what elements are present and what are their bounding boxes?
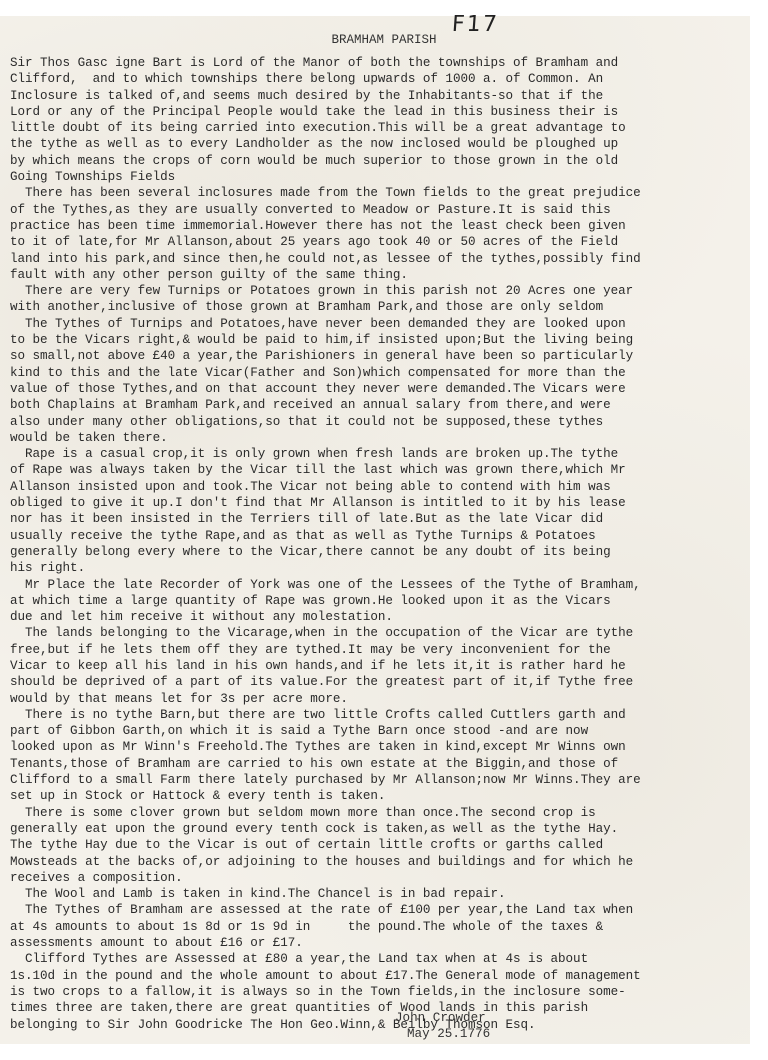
text-line: There are very few Turnips or Potatoes g… — [10, 283, 768, 299]
text-line: at 4s amounts to about 1s 8d or 1s 9d in… — [10, 919, 768, 935]
text-line: free,but if he lets them off they are ty… — [10, 642, 768, 658]
text-line: the tythe as well as to every Landholder… — [10, 136, 768, 152]
text-line: Mr Place the late Recorder of York was o… — [10, 577, 768, 593]
signature-date: May 25.1776 — [395, 1026, 490, 1042]
text-line: part of Gibbon Garth,on which it is said… — [10, 723, 768, 739]
text-line: There is some clover grown but seldom mo… — [10, 805, 768, 821]
text-line: is two crops to a fallow,it is always so… — [10, 984, 768, 1000]
text-line: kind to this and the late Vicar(Father a… — [10, 365, 768, 381]
text-line: assessments amount to about £16 or £17. — [10, 935, 768, 951]
text-line: nor has it been insisted in the Terriers… — [10, 511, 768, 527]
text-line: would be taken there. — [10, 430, 768, 446]
text-line: Vicar to keep all his land in his own ha… — [10, 658, 768, 674]
text-line: Rape is a casual crop,it is only grown w… — [10, 446, 768, 462]
text-line: Mowsteads at the backs of,or adjoining t… — [10, 854, 768, 870]
text-line: of the Tythes,as they are usually conver… — [10, 202, 768, 218]
text-line: also under many other obligations,so tha… — [10, 414, 768, 430]
text-line: with another,inclusive of those grown at… — [10, 299, 768, 315]
text-line: land into his park,and since then,he cou… — [10, 251, 768, 267]
text-line: The lands belonging to the Vicarage,when… — [10, 625, 768, 641]
text-line: so small,not above £40 a year,the Parish… — [10, 348, 768, 364]
text-line: little doubt of its being carried into e… — [10, 120, 768, 136]
text-line: looked upon as Mr Winn's Freehold.The Ty… — [10, 739, 768, 755]
text-line: of Rape was always taken by the Vicar ti… — [10, 462, 768, 478]
text-line: 1s.10d in the pound and the whole amount… — [10, 968, 768, 984]
text-line: generally eat upon the ground every tent… — [10, 821, 768, 837]
text-line: Clifford, and to which townships there b… — [10, 71, 768, 87]
text-line: Sir Thos Gasc igne Bart is Lord of the M… — [10, 55, 768, 71]
document-title: BRAMHAM PARISH — [0, 33, 768, 47]
text-line: Going Townships Fields — [10, 169, 768, 185]
text-line: at which time a large quantity of Rape w… — [10, 593, 768, 609]
text-line: The tythe Hay due to the Vicar is out of… — [10, 837, 768, 853]
text-line: Clifford to a small Farm there lately pu… — [10, 772, 768, 788]
text-line: Lord or any of the Principal People woul… — [10, 104, 768, 120]
text-line: Allanson insisted upon and took.The Vica… — [10, 479, 768, 495]
text-line: Tenants,those of Bramham are carried to … — [10, 756, 768, 772]
signature-name: John Crowder — [395, 1010, 490, 1026]
text-line: generally belong every where to the Vica… — [10, 544, 768, 560]
text-line: to it of late,for Mr Allanson,about 25 y… — [10, 234, 768, 250]
text-line: receives a composition. — [10, 870, 768, 886]
text-line: would by that means let for 3s per acre … — [10, 691, 768, 707]
text-line: The Tythes of Turnips and Potatoes,have … — [10, 316, 768, 332]
text-line: usually receive the tythe Rape,and as th… — [10, 528, 768, 544]
text-line: Inclosure is talked of,and seems much de… — [10, 88, 768, 104]
ink-spot — [438, 678, 441, 681]
text-line: There is no tythe Barn,but there are two… — [10, 707, 768, 723]
signature-block: John Crowder May 25.1776 — [395, 1010, 490, 1042]
text-line: times three are taken,there are great qu… — [10, 1000, 768, 1016]
text-line: There has been several inclosures made f… — [10, 185, 768, 201]
text-line: due and let him receive it without any m… — [10, 609, 768, 625]
document-body: Sir Thos Gasc igne Bart is Lord of the M… — [10, 55, 768, 1033]
text-line: both Chaplains at Bramham Park,and recei… — [10, 397, 768, 413]
text-line: to be the Vicars right,& would be paid t… — [10, 332, 768, 348]
text-line: practice has been time immemorial.Howeve… — [10, 218, 768, 234]
text-line: set up in Stock or Hattock & every tenth… — [10, 788, 768, 804]
text-line: value of those Tythes,and on that accoun… — [10, 381, 768, 397]
text-line: should be deprived of a part of its valu… — [10, 674, 768, 690]
text-line: fault with any other person guilty of th… — [10, 267, 768, 283]
text-line: obliged to give it up.I don't find that … — [10, 495, 768, 511]
text-line: The Tythes of Bramham are assessed at th… — [10, 902, 768, 918]
text-line: by which means the crops of corn would b… — [10, 153, 768, 169]
text-line: belonging to Sir John Goodricke The Hon … — [10, 1017, 768, 1033]
text-line: his right. — [10, 560, 768, 576]
text-line: The Wool and Lamb is taken in kind.The C… — [10, 886, 768, 902]
text-line: Clifford Tythes are Assessed at £80 a ye… — [10, 951, 768, 967]
